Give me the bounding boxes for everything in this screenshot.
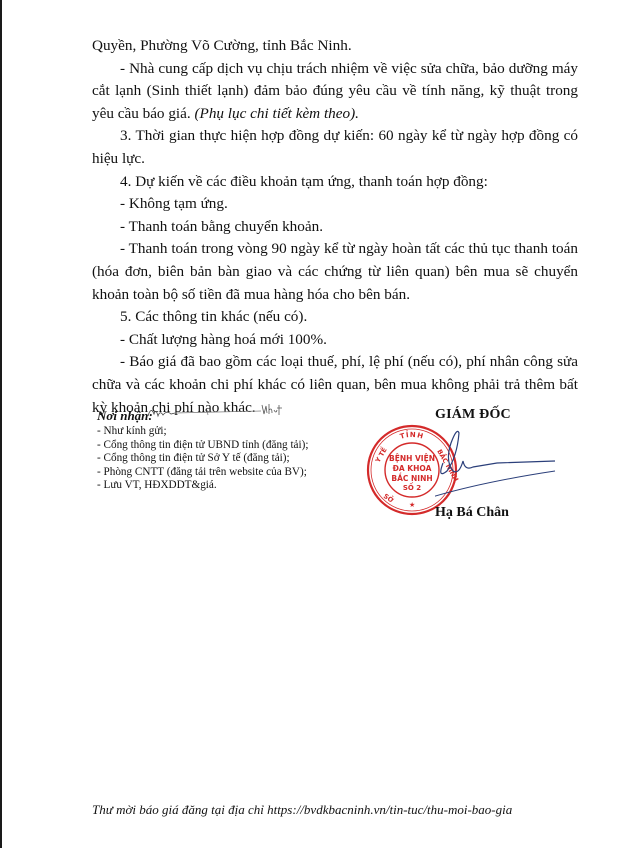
stamp-line-3: BẮC NINH (391, 473, 432, 483)
paragraph-payment-90-days: - Thanh toán trong vòng 90 ngày kể từ ng… (92, 238, 578, 306)
signature-block: GIÁM ĐỐC TỈNH Y TẾ BẮC NINH SỞ BỆNH VIỆN… (365, 405, 565, 525)
signer-position: GIÁM ĐỐC (435, 407, 511, 423)
paragraph-contract-duration: 3. Thời gian thực hiện hợp đồng dự kiến:… (92, 125, 578, 170)
initials-signature-icon (145, 404, 265, 422)
paragraph-bank-transfer: - Thanh toán bằng chuyển khoản. (92, 216, 578, 239)
paragraph-provider-responsibility: - Nhà cung cấp dịch vụ chịu trách nhiệm … (92, 58, 578, 126)
recipients-list: - Như kính gửi; - Cổng thông tin điện tử… (97, 425, 357, 493)
stamp-line-4: SỐ 2 (403, 482, 421, 492)
paragraph-address-end: Quyền, Phường Võ Cường, tỉnh Bắc Ninh. (92, 35, 578, 58)
paragraph-quality: - Chất lượng hàng hoá mới 100%. (92, 329, 578, 352)
recipient-item: - Như kính gửi; (97, 425, 357, 439)
paragraph-no-advance: - Không tạm ứng. (92, 193, 578, 216)
handwritten-signature (435, 427, 565, 507)
recipient-item: - Phòng CNTT (đăng tải trên website của … (97, 466, 357, 480)
stamp-line-1: BỆNH VIỆN (389, 454, 435, 463)
paragraph-other-info: 5. Các thông tin khác (nếu có). (92, 306, 578, 329)
recipient-item: - Cổng thông tin điện tử Sở Y tế (đăng t… (97, 452, 357, 466)
page-edge-rule (0, 0, 2, 848)
recipients-block: Nơi nhận: - Như kính gửi; - Cổng thông t… (97, 408, 357, 493)
signer-name: Hạ Bá Chân (435, 505, 509, 521)
paragraph-payment-terms: 4. Dự kiến về các điều khoản tạm ứng, th… (92, 171, 578, 194)
stamp-line-2: ĐA KHOA (393, 464, 432, 473)
stamp-outer-top: TỈNH (399, 429, 425, 441)
appendix-note: (Phụ lục chi tiết kèm theo). (194, 105, 358, 122)
document-body: Quyền, Phường Võ Cường, tỉnh Bắc Ninh. -… (92, 35, 578, 419)
svg-text:TỈNH: TỈNH (399, 429, 425, 441)
recipient-item: - Lưu VT, HĐXDDT&giá. (97, 479, 357, 493)
recipients-title: Nơi nhận: (97, 408, 357, 424)
footer-note: Thư mời báo giá đăng tại địa chỉ https:/… (92, 802, 592, 818)
recipient-item: - Cổng thông tin điện tử UBND tỉnh (đăng… (97, 439, 357, 453)
stamp-star-icon: ★ (409, 501, 415, 509)
